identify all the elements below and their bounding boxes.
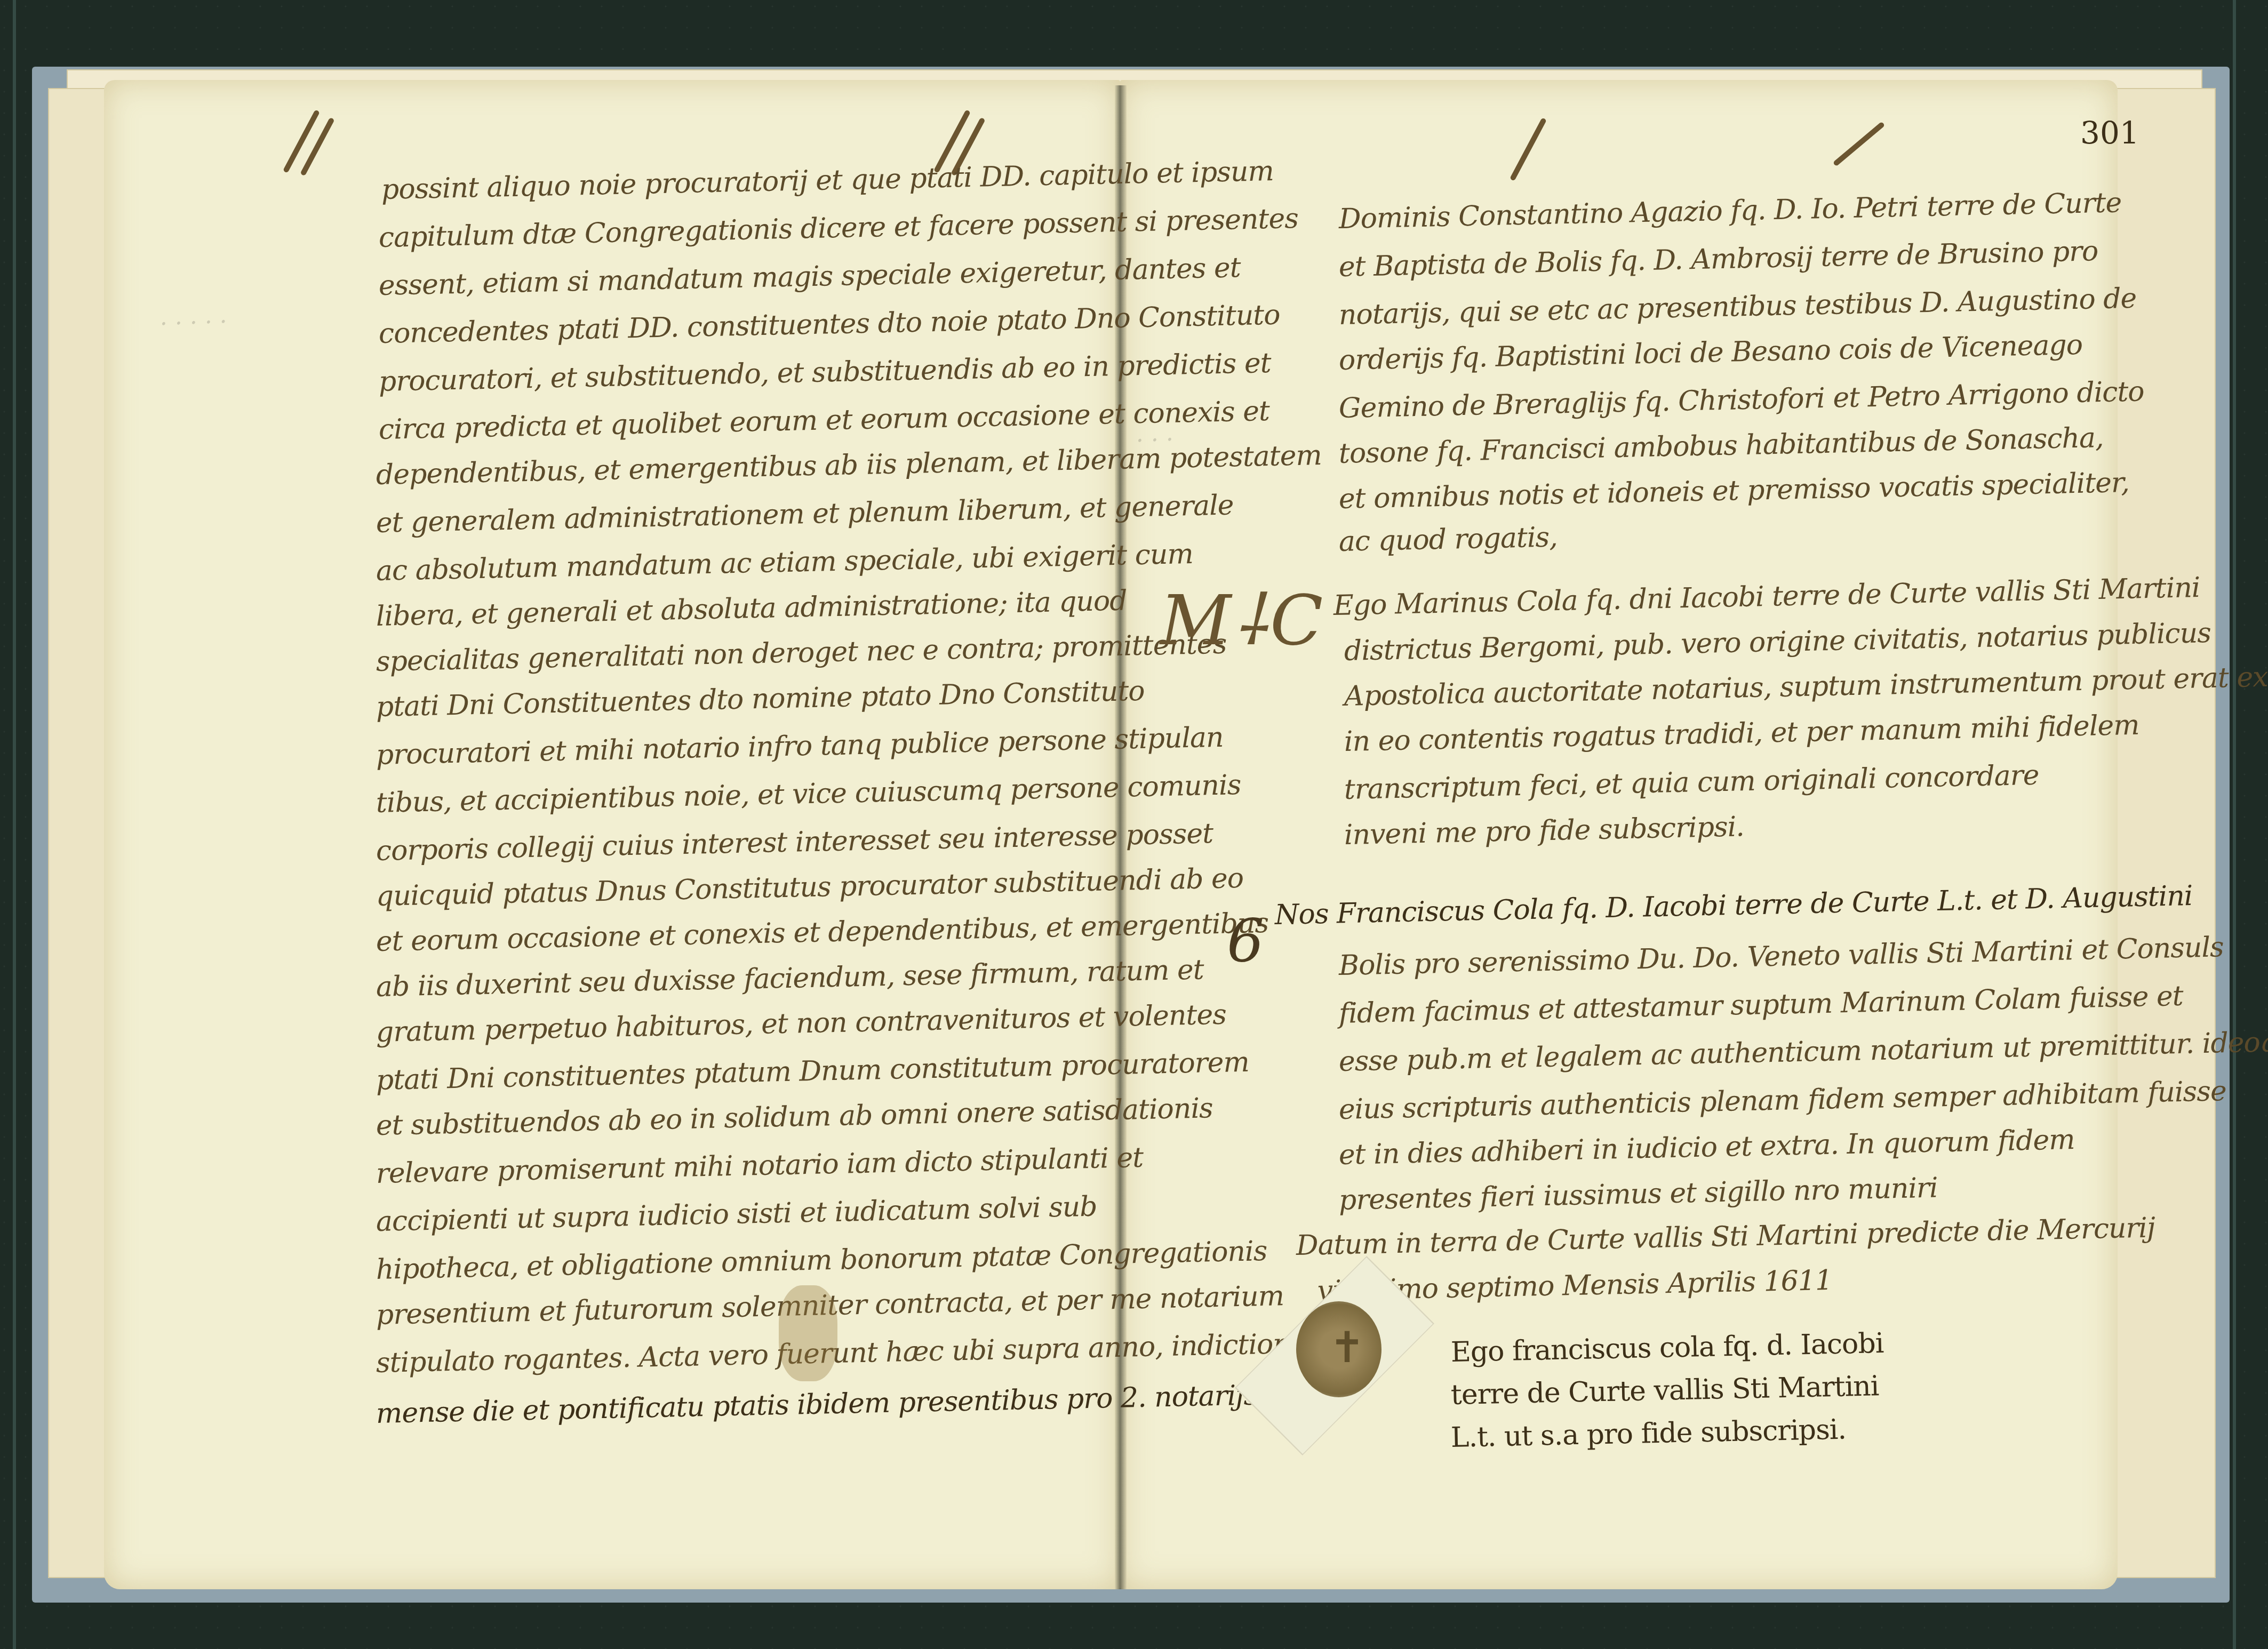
text-line: L.t. ut s.a pro fide subscripsi. xyxy=(1450,1415,1846,1452)
notary-mark-icon: 6 xyxy=(1227,907,1264,975)
folio-number: 301 xyxy=(2080,115,2139,151)
text-line: terre de Curte vallis Sti Martini xyxy=(1450,1372,1879,1409)
cross-icon: ✝ xyxy=(1329,1323,1365,1372)
text-line: inveni me pro fide subscripsi. xyxy=(1344,813,1744,849)
bleed-through-text: · · · · · xyxy=(159,308,228,338)
water-stain xyxy=(779,1285,837,1381)
text-line: ac quod rogatis, xyxy=(1338,523,1558,556)
glass-frame-edge-left xyxy=(13,0,16,1649)
glass-frame-edge-right xyxy=(2233,0,2236,1649)
notary-monogram: M⸸C xyxy=(1160,571,1327,665)
